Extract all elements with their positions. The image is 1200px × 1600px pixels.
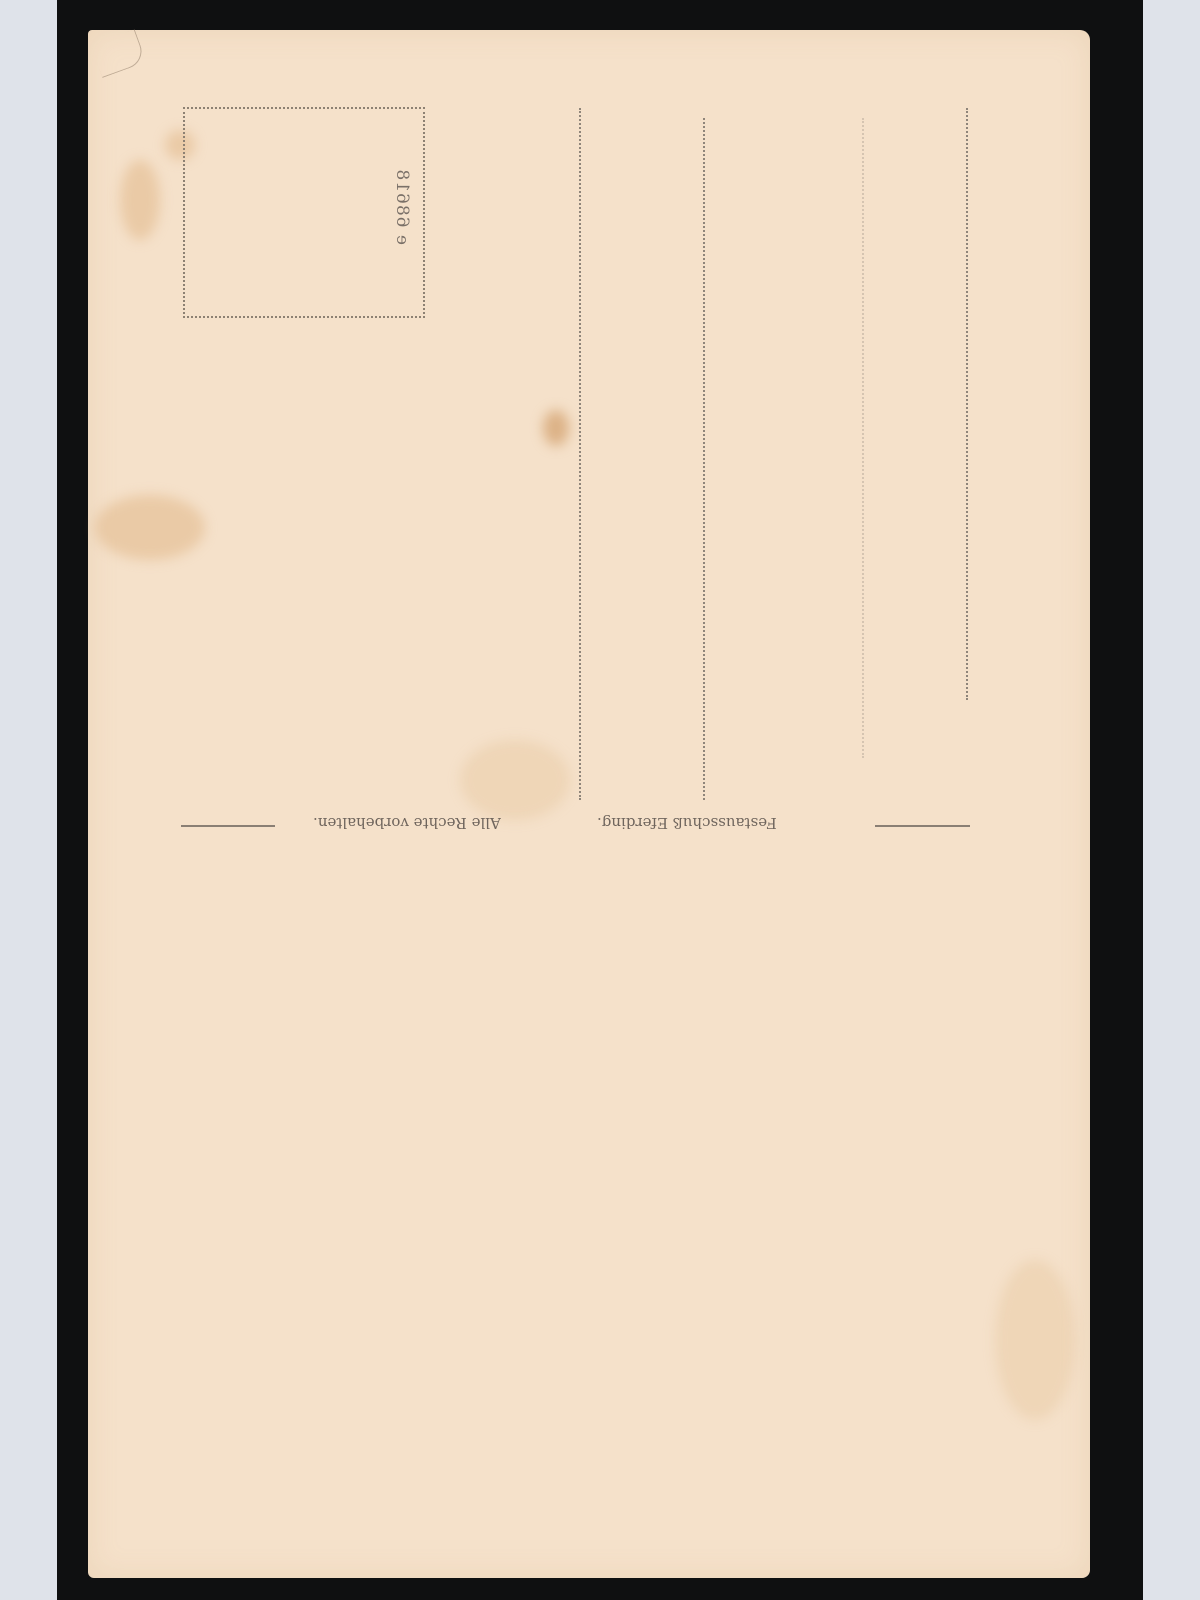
rule-left [181, 825, 275, 827]
stain [460, 740, 570, 820]
address-line [579, 108, 581, 800]
stain [120, 160, 160, 240]
stain [995, 1260, 1075, 1420]
stain [543, 410, 569, 446]
rule-right [875, 825, 970, 827]
stamp-code: e 68618 [382, 155, 412, 245]
address-line [966, 108, 968, 700]
address-line [703, 118, 705, 800]
address-line [862, 118, 864, 758]
publisher-text: Festausschuß Eferding. [597, 814, 777, 832]
rights-text: Alle Rechte vorbehalten. [313, 814, 501, 832]
stain [95, 495, 205, 560]
